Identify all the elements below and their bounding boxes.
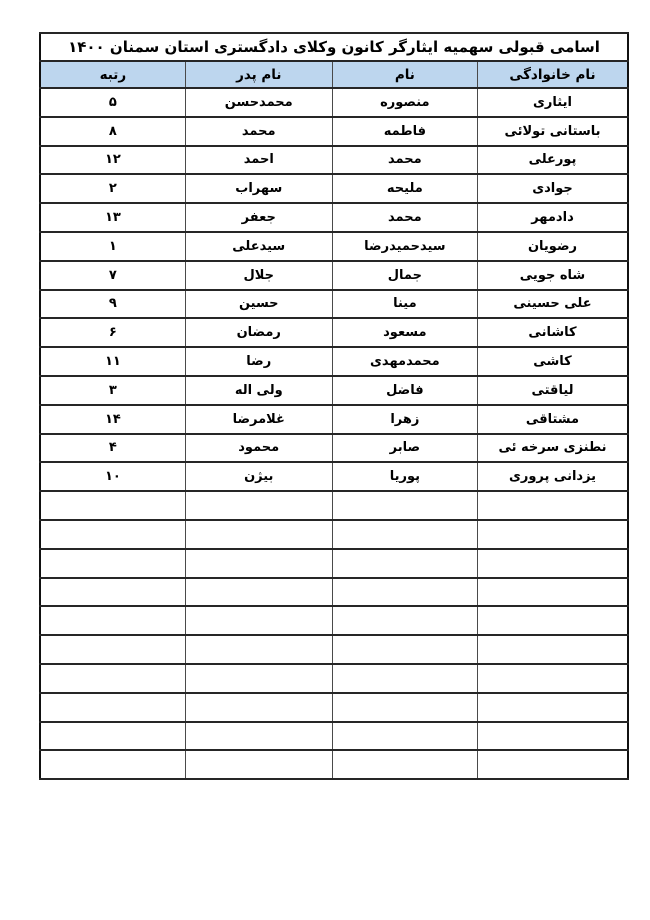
cell-father-name	[185, 635, 332, 664]
cell-family-name: نطنزی سرخه ئی	[477, 434, 628, 463]
cell-first-name: ملیحه	[332, 174, 477, 203]
header-cell-rank: رتبه	[40, 61, 185, 88]
table-row: نطنزی سرخه ئی صابر محمود ۴	[40, 434, 628, 463]
cell-rank	[40, 606, 185, 635]
cell-rank: ۱۲	[40, 146, 185, 175]
table-row	[40, 750, 628, 779]
cell-father-name: سیدعلی	[185, 232, 332, 261]
table-title: اسامی قبولی سهمیه ایثارگر کانون وکلای دا…	[40, 33, 628, 61]
cell-family-name	[477, 635, 628, 664]
cell-first-name: صابر	[332, 434, 477, 463]
table-row: یزدانی پروری پوریا بیژن ۱۰	[40, 462, 628, 491]
cell-rank: ۲	[40, 174, 185, 203]
cell-rank: ۱۴	[40, 405, 185, 434]
cell-first-name	[332, 635, 477, 664]
cell-family-name: دادمهر	[477, 203, 628, 232]
cell-father-name	[185, 549, 332, 578]
table-row	[40, 578, 628, 607]
table-row: جوادی ملیحه سهراب ۲	[40, 174, 628, 203]
cell-father-name: رضا	[185, 347, 332, 376]
cell-family-name: جوادی	[477, 174, 628, 203]
table-row: کاشانی مسعود رمضان ۶	[40, 318, 628, 347]
cell-first-name: محمد	[332, 203, 477, 232]
cell-rank: ۱۳	[40, 203, 185, 232]
cell-first-name	[332, 693, 477, 722]
cell-first-name: مسعود	[332, 318, 477, 347]
results-head: اسامی قبولی سهمیه ایثارگر کانون وکلای دا…	[40, 33, 628, 88]
cell-first-name: پوریا	[332, 462, 477, 491]
cell-first-name: مینا	[332, 290, 477, 319]
cell-first-name: منصوره	[332, 88, 477, 117]
cell-rank: ۹	[40, 290, 185, 319]
cell-father-name	[185, 578, 332, 607]
cell-family-name	[477, 750, 628, 779]
cell-father-name: بیژن	[185, 462, 332, 491]
cell-father-name: محمدحسن	[185, 88, 332, 117]
table-title-row: اسامی قبولی سهمیه ایثارگر کانون وکلای دا…	[40, 33, 628, 61]
table-row	[40, 549, 628, 578]
cell-rank: ۱	[40, 232, 185, 261]
cell-father-name: جلال	[185, 261, 332, 290]
cell-father-name	[185, 722, 332, 751]
header-cell-father-name: نام پدر	[185, 61, 332, 88]
cell-father-name: غلامرضا	[185, 405, 332, 434]
cell-father-name: حسین	[185, 290, 332, 319]
cell-father-name	[185, 491, 332, 520]
cell-family-name: ایثاری	[477, 88, 628, 117]
header-cell-first-name: نام	[332, 61, 477, 88]
cell-father-name	[185, 664, 332, 693]
cell-father-name	[185, 750, 332, 779]
cell-first-name: جمال	[332, 261, 477, 290]
cell-rank	[40, 578, 185, 607]
cell-first-name	[332, 549, 477, 578]
cell-family-name: پورعلی	[477, 146, 628, 175]
cell-first-name: محمد	[332, 146, 477, 175]
cell-family-name	[477, 664, 628, 693]
cell-first-name	[332, 578, 477, 607]
cell-rank	[40, 520, 185, 549]
cell-rank: ۷	[40, 261, 185, 290]
cell-first-name: فاضل	[332, 376, 477, 405]
cell-family-name: باستانی تولائی	[477, 117, 628, 146]
cell-family-name: کاشی	[477, 347, 628, 376]
cell-father-name: سهراب	[185, 174, 332, 203]
cell-family-name: شاه جویی	[477, 261, 628, 290]
cell-father-name: احمد	[185, 146, 332, 175]
cell-rank	[40, 750, 185, 779]
cell-family-name	[477, 578, 628, 607]
cell-family-name: مشتاقی	[477, 405, 628, 434]
cell-family-name	[477, 722, 628, 751]
cell-father-name: ولی اله	[185, 376, 332, 405]
cell-father-name	[185, 520, 332, 549]
results-body: ایثاری منصوره محمدحسن ۵ باستانی تولائی ف…	[40, 88, 628, 779]
cell-father-name: محمد	[185, 117, 332, 146]
cell-father-name	[185, 606, 332, 635]
cell-family-name	[477, 520, 628, 549]
cell-rank: ۱۱	[40, 347, 185, 376]
cell-family-name: علی حسینی	[477, 290, 628, 319]
cell-father-name: محمود	[185, 434, 332, 463]
cell-first-name	[332, 664, 477, 693]
cell-first-name: محمدمهدی	[332, 347, 477, 376]
cell-first-name	[332, 491, 477, 520]
cell-first-name	[332, 606, 477, 635]
table-row: علی حسینی مینا حسین ۹	[40, 290, 628, 319]
cell-rank: ۴	[40, 434, 185, 463]
table-row: ایثاری منصوره محمدحسن ۵	[40, 88, 628, 117]
table-row	[40, 606, 628, 635]
table-row: باستانی تولائی فاطمه محمد ۸	[40, 117, 628, 146]
cell-family-name: لیاقتی	[477, 376, 628, 405]
header-cell-family-name: نام خانوادگی	[477, 61, 628, 88]
cell-father-name	[185, 693, 332, 722]
cell-family-name	[477, 693, 628, 722]
cell-first-name	[332, 750, 477, 779]
cell-family-name: رضویان	[477, 232, 628, 261]
table-row	[40, 722, 628, 751]
cell-family-name: کاشانی	[477, 318, 628, 347]
cell-rank	[40, 491, 185, 520]
cell-rank: ۶	[40, 318, 185, 347]
cell-father-name: رمضان	[185, 318, 332, 347]
cell-first-name	[332, 520, 477, 549]
table-row	[40, 520, 628, 549]
table-row	[40, 635, 628, 664]
cell-first-name: زهرا	[332, 405, 477, 434]
cell-rank: ۳	[40, 376, 185, 405]
cell-family-name	[477, 491, 628, 520]
cell-family-name	[477, 606, 628, 635]
cell-rank: ۱۰	[40, 462, 185, 491]
cell-rank	[40, 722, 185, 751]
table-row: دادمهر محمد جعفر ۱۳	[40, 203, 628, 232]
cell-first-name: فاطمه	[332, 117, 477, 146]
table-row: لیاقتی فاضل ولی اله ۳	[40, 376, 628, 405]
cell-rank	[40, 635, 185, 664]
table-row	[40, 664, 628, 693]
table-row: رضویان سیدحمیدرضا سیدعلی ۱	[40, 232, 628, 261]
table-header-row: نام خانوادگی نام نام پدر رتبه	[40, 61, 628, 88]
table-row: کاشی محمدمهدی رضا ۱۱	[40, 347, 628, 376]
cell-rank	[40, 549, 185, 578]
table-row: شاه جویی جمال جلال ۷	[40, 261, 628, 290]
cell-father-name: جعفر	[185, 203, 332, 232]
table-row	[40, 693, 628, 722]
table-row	[40, 491, 628, 520]
document-page: اسامی قبولی سهمیه ایثارگر کانون وکلای دا…	[0, 0, 650, 920]
cell-family-name: یزدانی پروری	[477, 462, 628, 491]
table-row: پورعلی محمد احمد ۱۲	[40, 146, 628, 175]
cell-rank: ۵	[40, 88, 185, 117]
table-row: مشتاقی زهرا غلامرضا ۱۴	[40, 405, 628, 434]
cell-rank	[40, 693, 185, 722]
cell-rank: ۸	[40, 117, 185, 146]
cell-family-name	[477, 549, 628, 578]
results-table: اسامی قبولی سهمیه ایثارگر کانون وکلای دا…	[39, 32, 629, 780]
cell-first-name: سیدحمیدرضا	[332, 232, 477, 261]
cell-first-name	[332, 722, 477, 751]
cell-rank	[40, 664, 185, 693]
